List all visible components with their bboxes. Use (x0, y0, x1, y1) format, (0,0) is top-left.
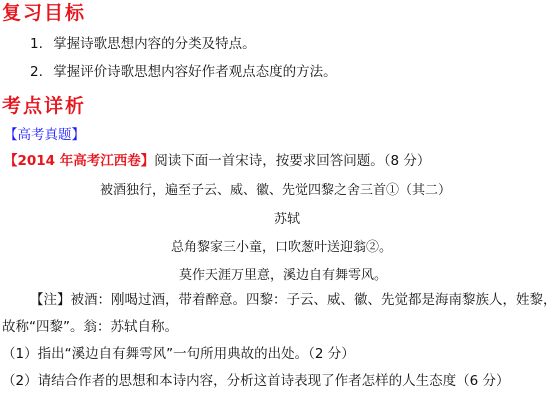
goal-number: 2. (30, 64, 43, 80)
poem-author: 苏轼 (274, 208, 300, 227)
section-title-review-goals: 复习目标 (2, 0, 86, 25)
question-1: （1）指出“溪边自有舞雩风”一句所用典故的出处。（2 分） (2, 345, 355, 363)
goal-item-2: 2. 掌握评价诗歌思想内容好作者观点态度的方法。 (30, 63, 337, 81)
section-title-analysis: 考点详析 (2, 91, 86, 118)
question-2: （2）请结合作者的思想和本诗内容，分析这首诗表现了作者怎样的人生态度（6 分） (2, 372, 509, 390)
goal-item-1: 1. 掌握诗歌思想内容的分类及特点。 (30, 35, 256, 53)
goal-text: 掌握评价诗歌思想内容好作者观点态度的方法。 (53, 64, 337, 80)
poem-line-1: 总角黎家三小童，口吹葱叶送迎翁②。 (171, 236, 392, 255)
goal-number: 1. (30, 36, 43, 52)
note-line-2: 故称“四黎”。翁：苏轼自称。 (2, 318, 178, 336)
poem-title: 被酒独行，遍至子云、威、徽、先觉四黎之舍三首①（其二） (100, 179, 451, 198)
exam-source: 【2014 年高考江西卷】 (4, 153, 154, 169)
goal-text: 掌握诗歌思想内容的分类及特点。 (53, 36, 256, 52)
instruction-text: 阅读下面一首宋诗，按要求回答问题。（8 分） (154, 153, 430, 169)
question-intro: 【2014 年高考江西卷】阅读下面一首宋诗，按要求回答问题。（8 分） (4, 152, 430, 170)
note-line-1: 【注】被酒：刚喝过酒，带着醉意。四黎：子云、威、徽、先觉都是海南黎族人，姓黎， (30, 291, 554, 309)
exam-tag: 【高考真题】 (4, 126, 85, 144)
poem-line-2: 莫作天涯万里意，溪边自有舞雩风。 (179, 264, 387, 283)
